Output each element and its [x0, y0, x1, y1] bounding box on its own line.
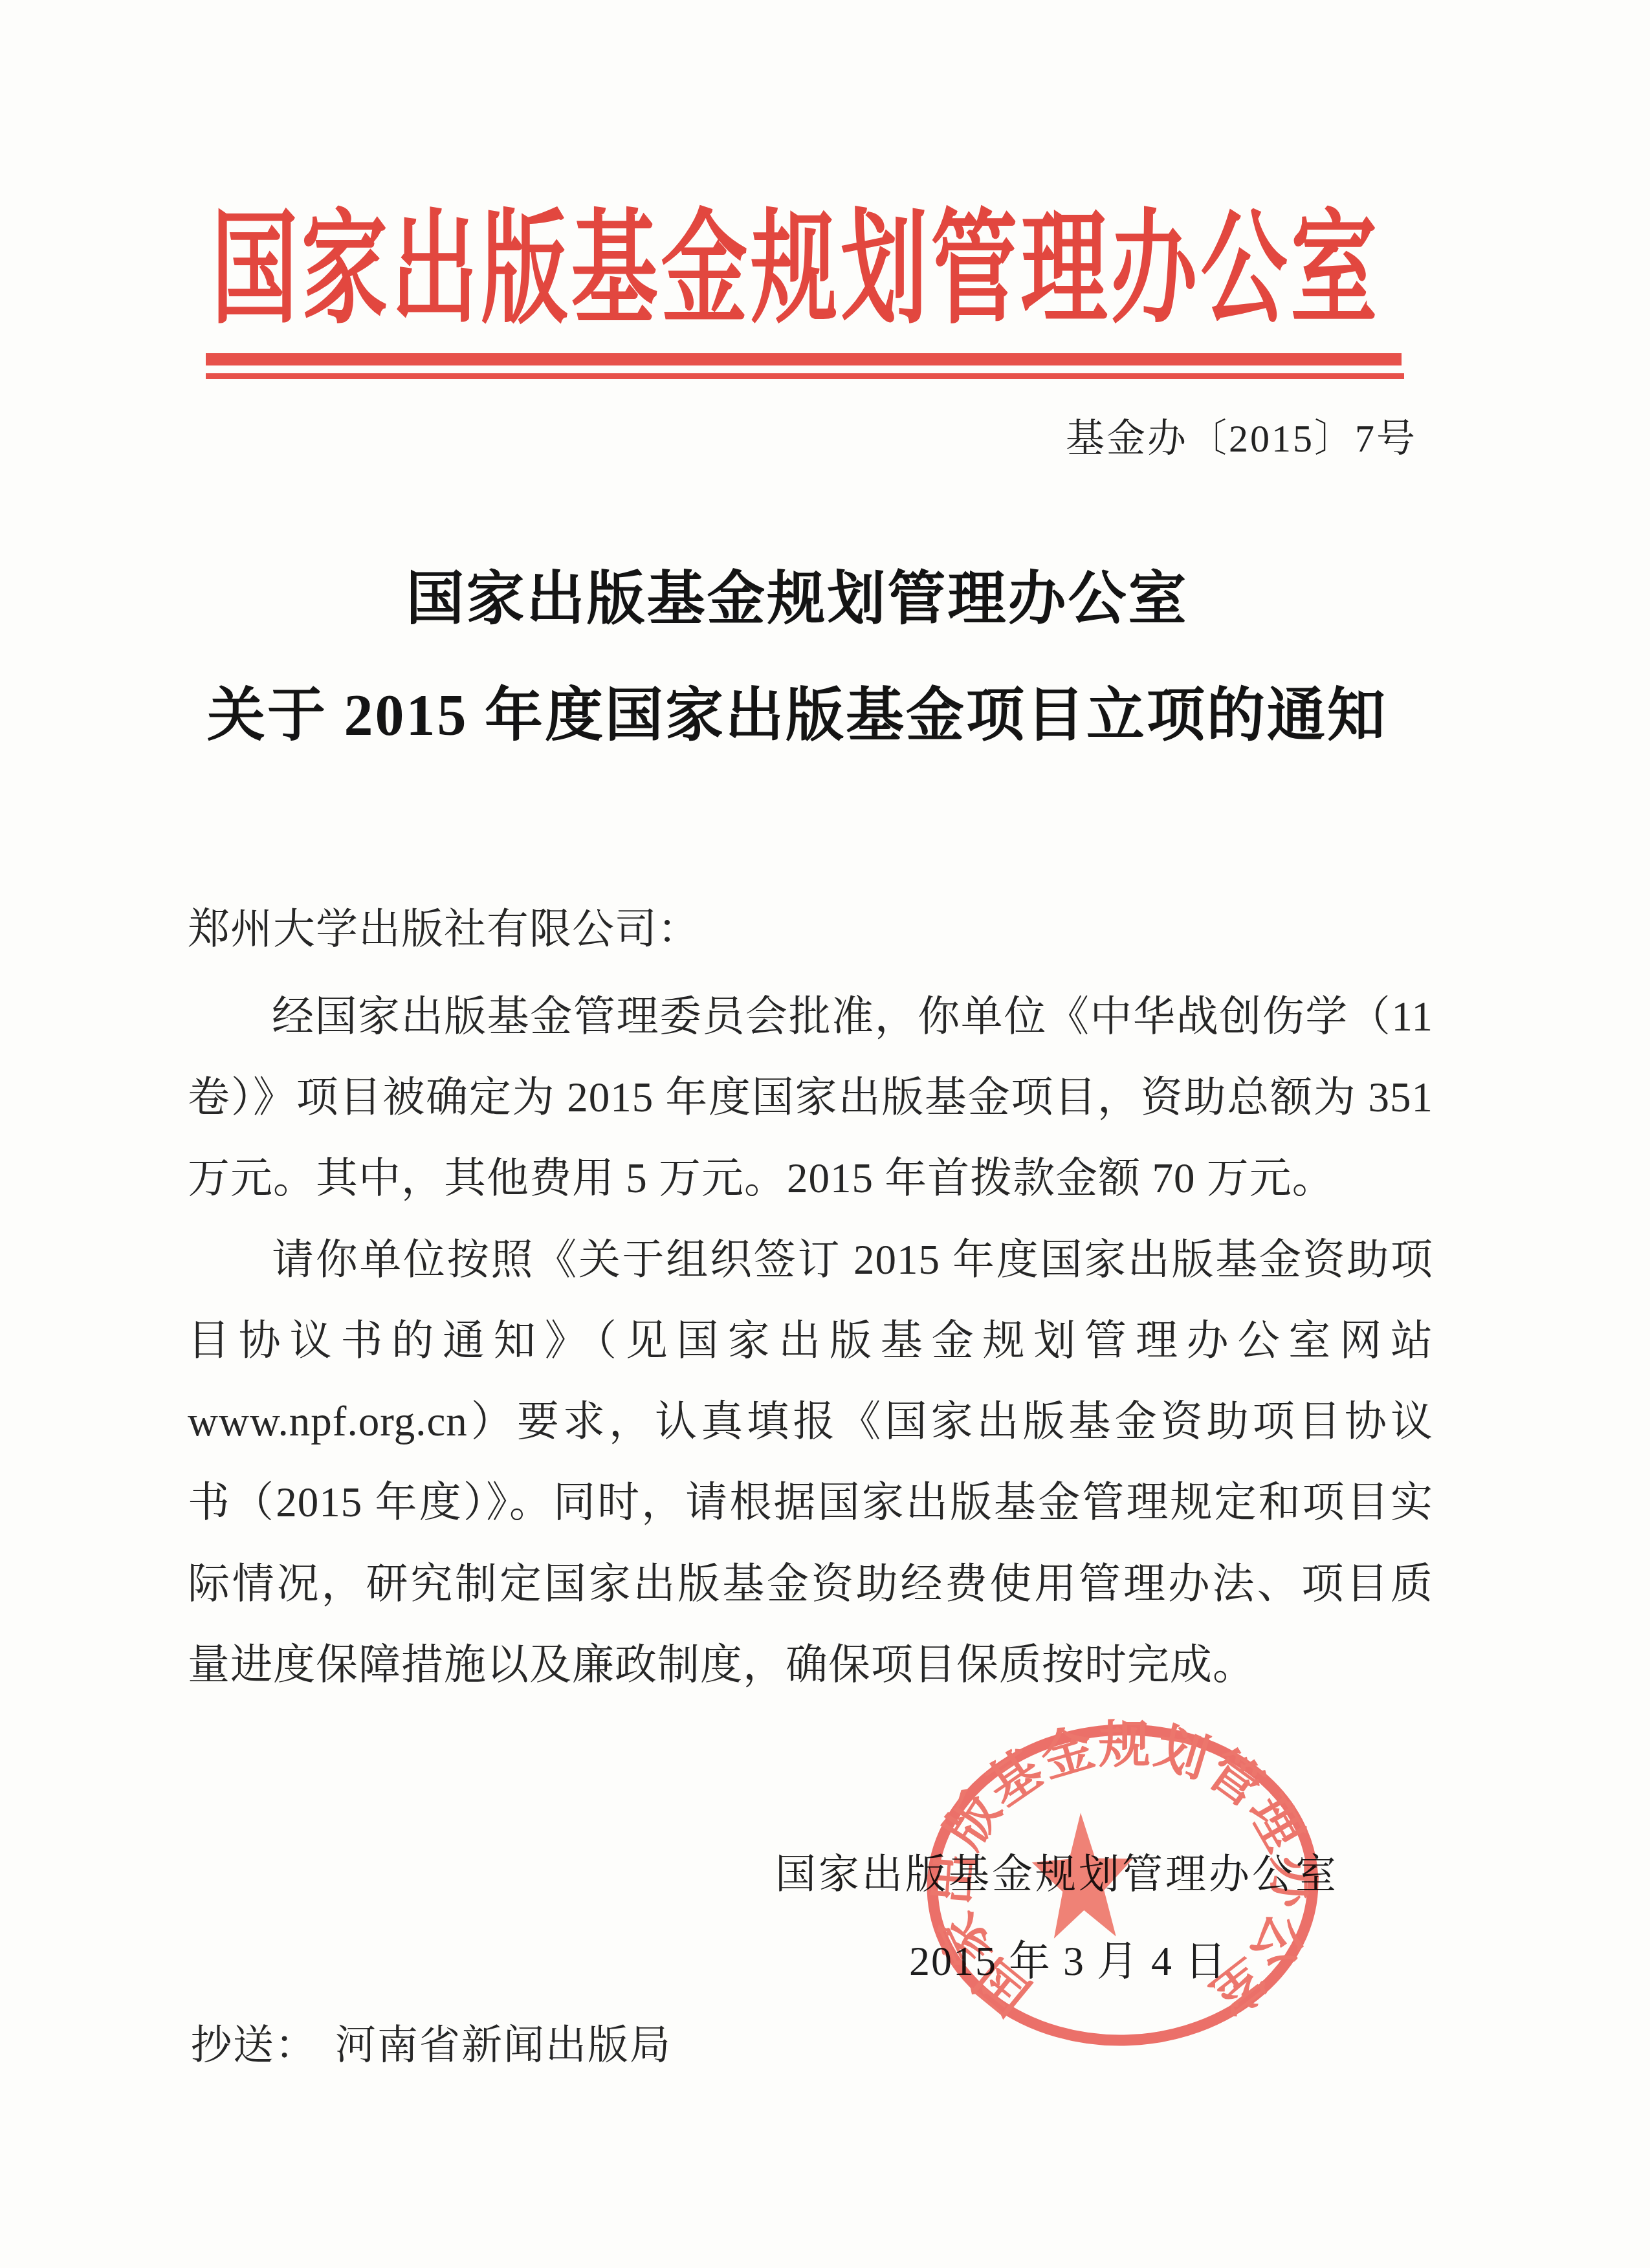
cc-line: 抄送：河南省新闻出版局 [191, 2012, 672, 2071]
official-seal-stamp: 国家出版基金规划管理办公室 [916, 1712, 1330, 2058]
body-line: 万元。其中，其他费用 5 万元。2015 年首拨款金额 70 万元。 [188, 1158, 1433, 1200]
svg-text:国家出版基金规划管理办公室: 国家出版基金规划管理办公室 [918, 1712, 1326, 2036]
seal-arc-text: 国家出版基金规划管理办公室 [918, 1712, 1326, 2036]
cc-label: 抄送： [191, 2022, 317, 2067]
body-line: 际情况，研究制定国家出版基金资助经费使用管理办法、项目质 [188, 1564, 1433, 1606]
letterhead-org-name: 国家出版基金规划管理办公室 [149, 208, 1443, 331]
document-page: 国家出版基金规划管理办公室 基金办〔2015〕7号 国家出版基金规划管理办公室 … [0, 0, 1650, 2268]
cc-value: 河南省新闻出版局 [335, 2022, 672, 2067]
body-line: 卷）》项目被确定为 2015 年度国家出版基金项目，资助总额为 351 [188, 1077, 1433, 1119]
body-line: 量进度保障措施以及廉政制度，确保项目保质按时完成。 [188, 1644, 1433, 1686]
star-icon [1030, 1811, 1136, 1939]
notice-title-line2: 关于 2015 年度国家出版基金项目立项的通知 [150, 687, 1444, 745]
body-line: 经国家出版基金管理委员会批准，你单位《中华战创伤学（11 [188, 996, 1433, 1038]
letterhead-rule-thick [206, 353, 1402, 365]
body-line: 书（2015 年度）》。同时，请根据国家出版基金管理规定和项目实 [188, 1482, 1433, 1524]
notice-title-line1: 国家出版基金规划管理办公室 [150, 571, 1444, 629]
body-line-salutation: 郑州大学出版社有限公司： [188, 909, 1433, 951]
doc-number: 基金办〔2015〕7号 [971, 408, 1417, 463]
body-line: 目协议书的通知》（见国家出版基金规划管理办公室网站 [188, 1320, 1433, 1362]
letterhead-rule-thin [206, 373, 1404, 379]
body-line: 请你单位按照《关于组织签订 2015 年度国家出版基金资助项 [188, 1239, 1433, 1281]
body-line: www.npf.org.cn）要求，认真填报《国家出版基金资助项目协议 [188, 1401, 1433, 1443]
